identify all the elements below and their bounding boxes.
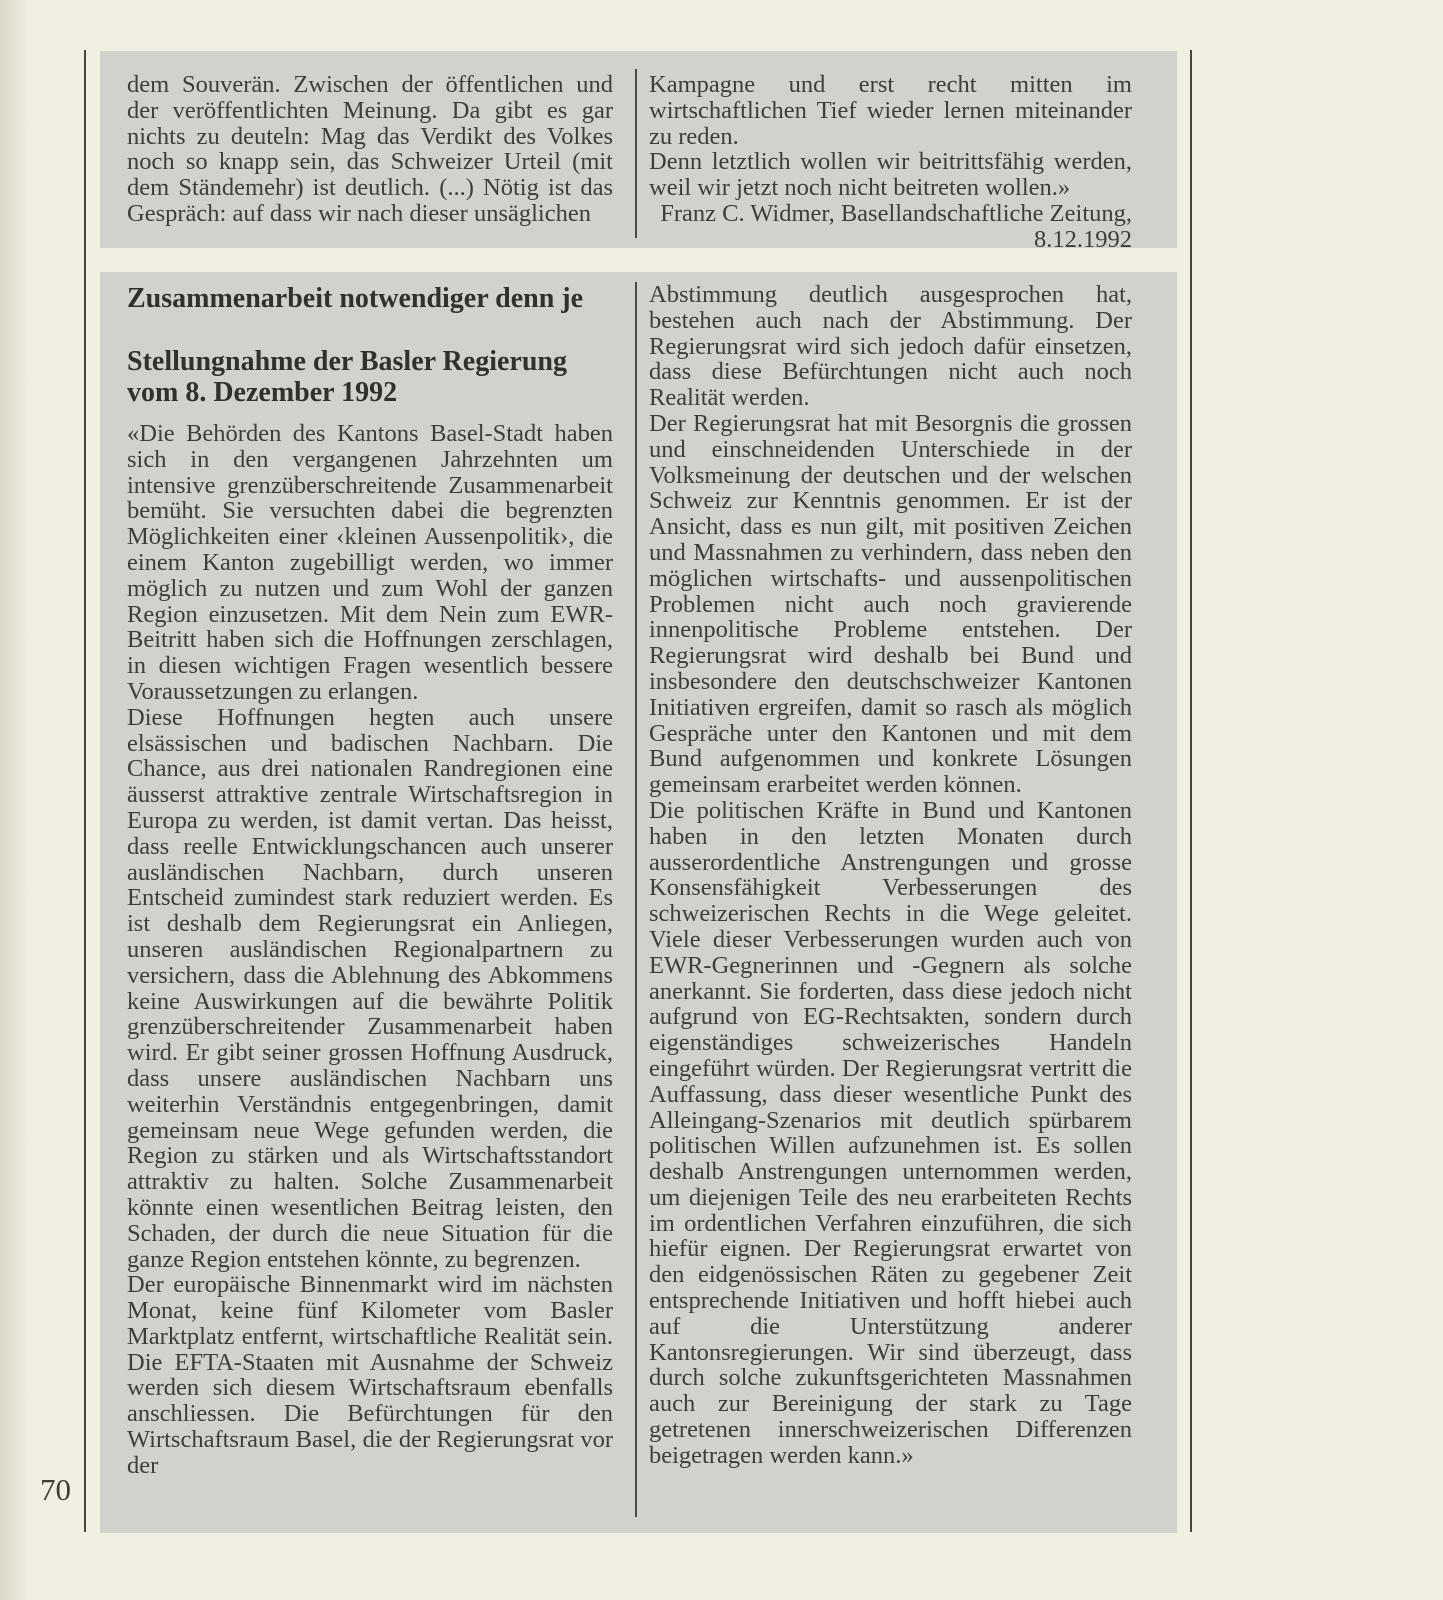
body-paragraph: Denn letztlich wollen wir beitrittsfähig… [649, 149, 1132, 201]
statement-right-column: Abstimmung deutlich ausgesprochen hat, b… [649, 282, 1132, 1469]
body-paragraph: Diese Hoffnungen hegten auch unsere elsä… [127, 705, 613, 1273]
body-paragraph: Abstimmung deutlich ausgesprochen hat, b… [649, 282, 1132, 411]
body-paragraph: dem Souverän. Zwischen der öffentlichen … [127, 72, 613, 227]
scanned-document-page: dem Souverän. Zwischen der öffentlichen … [0, 0, 1443, 1600]
attribution-line: Franz C. Widmer, Basellandschaftliche Ze… [649, 201, 1132, 227]
statement-title: Zusammenarbeit notwendiger denn je [127, 282, 613, 316]
statement-left-column: Zusammenarbeit notwendiger denn je Stell… [127, 282, 613, 1479]
quote-left-column: dem Souverän. Zwischen der öffentlichen … [127, 72, 613, 227]
statement-block: Zusammenarbeit notwendiger denn je Stell… [100, 272, 1177, 1533]
body-paragraph: Der europäische Binnenmarkt wird im näch… [127, 1272, 613, 1478]
attribution-date: 8.12.1992 [649, 227, 1132, 248]
body-paragraph: Die politischen Kräfte in Bund und Kanto… [649, 798, 1132, 1469]
body-paragraph: Der Regierungsrat hat mit Besorgnis die … [649, 411, 1132, 798]
statement-subtitle-line1: Stellungnahme der Basler Regierung [127, 346, 567, 377]
press-quote-block: dem Souverän. Zwischen der öffentlichen … [100, 51, 1177, 248]
body-paragraph: «Die Behörden des Kantons Basel-Stadt ha… [127, 421, 613, 705]
quote-right-column: Kampagne und erst recht mitten im wirtsc… [649, 72, 1132, 248]
right-margin-rule [1190, 50, 1192, 1532]
column-divider [635, 69, 637, 238]
page-number: 70 [40, 1472, 71, 1508]
column-divider [635, 282, 637, 1517]
statement-subtitle: Stellungnahme der Basler Regierungvom 8.… [127, 346, 613, 408]
statement-subtitle-line2: vom 8. Dezember 1992 [127, 377, 397, 408]
left-margin-rule [84, 50, 86, 1532]
body-paragraph: Kampagne und erst recht mitten im wirtsc… [649, 72, 1132, 149]
